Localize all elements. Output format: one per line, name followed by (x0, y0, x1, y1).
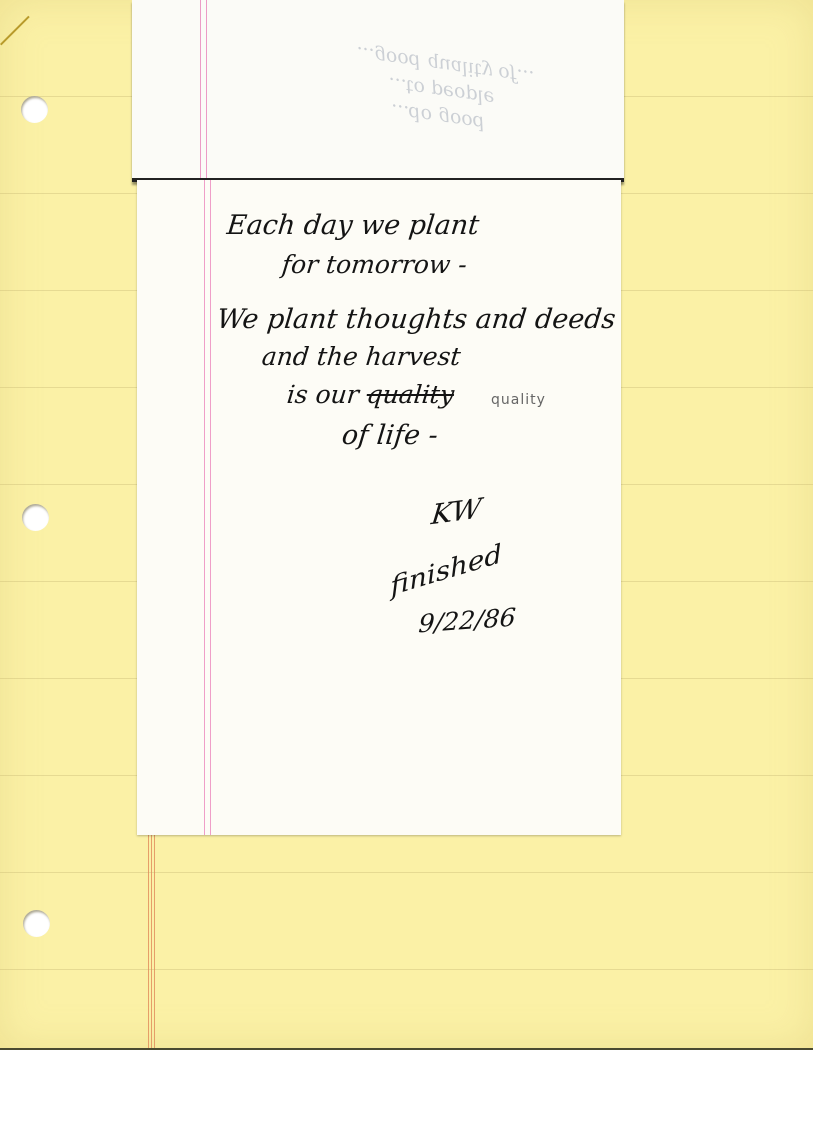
punch-hole-middle (22, 504, 49, 531)
note-line: Each day we plant (225, 210, 480, 241)
flap-margin-line (200, 0, 207, 178)
finished-mark: finished (389, 539, 503, 602)
note-line: of life - (340, 420, 439, 451)
note-line: for tomorrow - (280, 250, 468, 279)
folded-note-flap: ...do good ...to people ...good quality … (132, 0, 624, 182)
corner-fold-crease (0, 16, 30, 46)
note-line: We plant thoughts and deeds (215, 304, 617, 335)
yellow-paper-margin-line (148, 835, 156, 1048)
handwritten-note: Each day we plant for tomorrow - We plan… (137, 180, 621, 835)
punch-hole-bottom (23, 910, 50, 937)
punch-hole-top (21, 96, 48, 123)
note-line-start: is our (285, 380, 360, 409)
signature-date: 9/22/86 (418, 603, 517, 639)
signature-initials: KW (430, 492, 483, 531)
note-margin-line (204, 180, 211, 835)
pencil-correction: quality (491, 392, 546, 408)
note-line: is our quality (285, 380, 455, 409)
struck-word: quality (365, 380, 455, 409)
note-line: and the harvest (260, 342, 462, 371)
bleed-through-text: ...do good ...to people ...good quality … (307, 22, 577, 147)
